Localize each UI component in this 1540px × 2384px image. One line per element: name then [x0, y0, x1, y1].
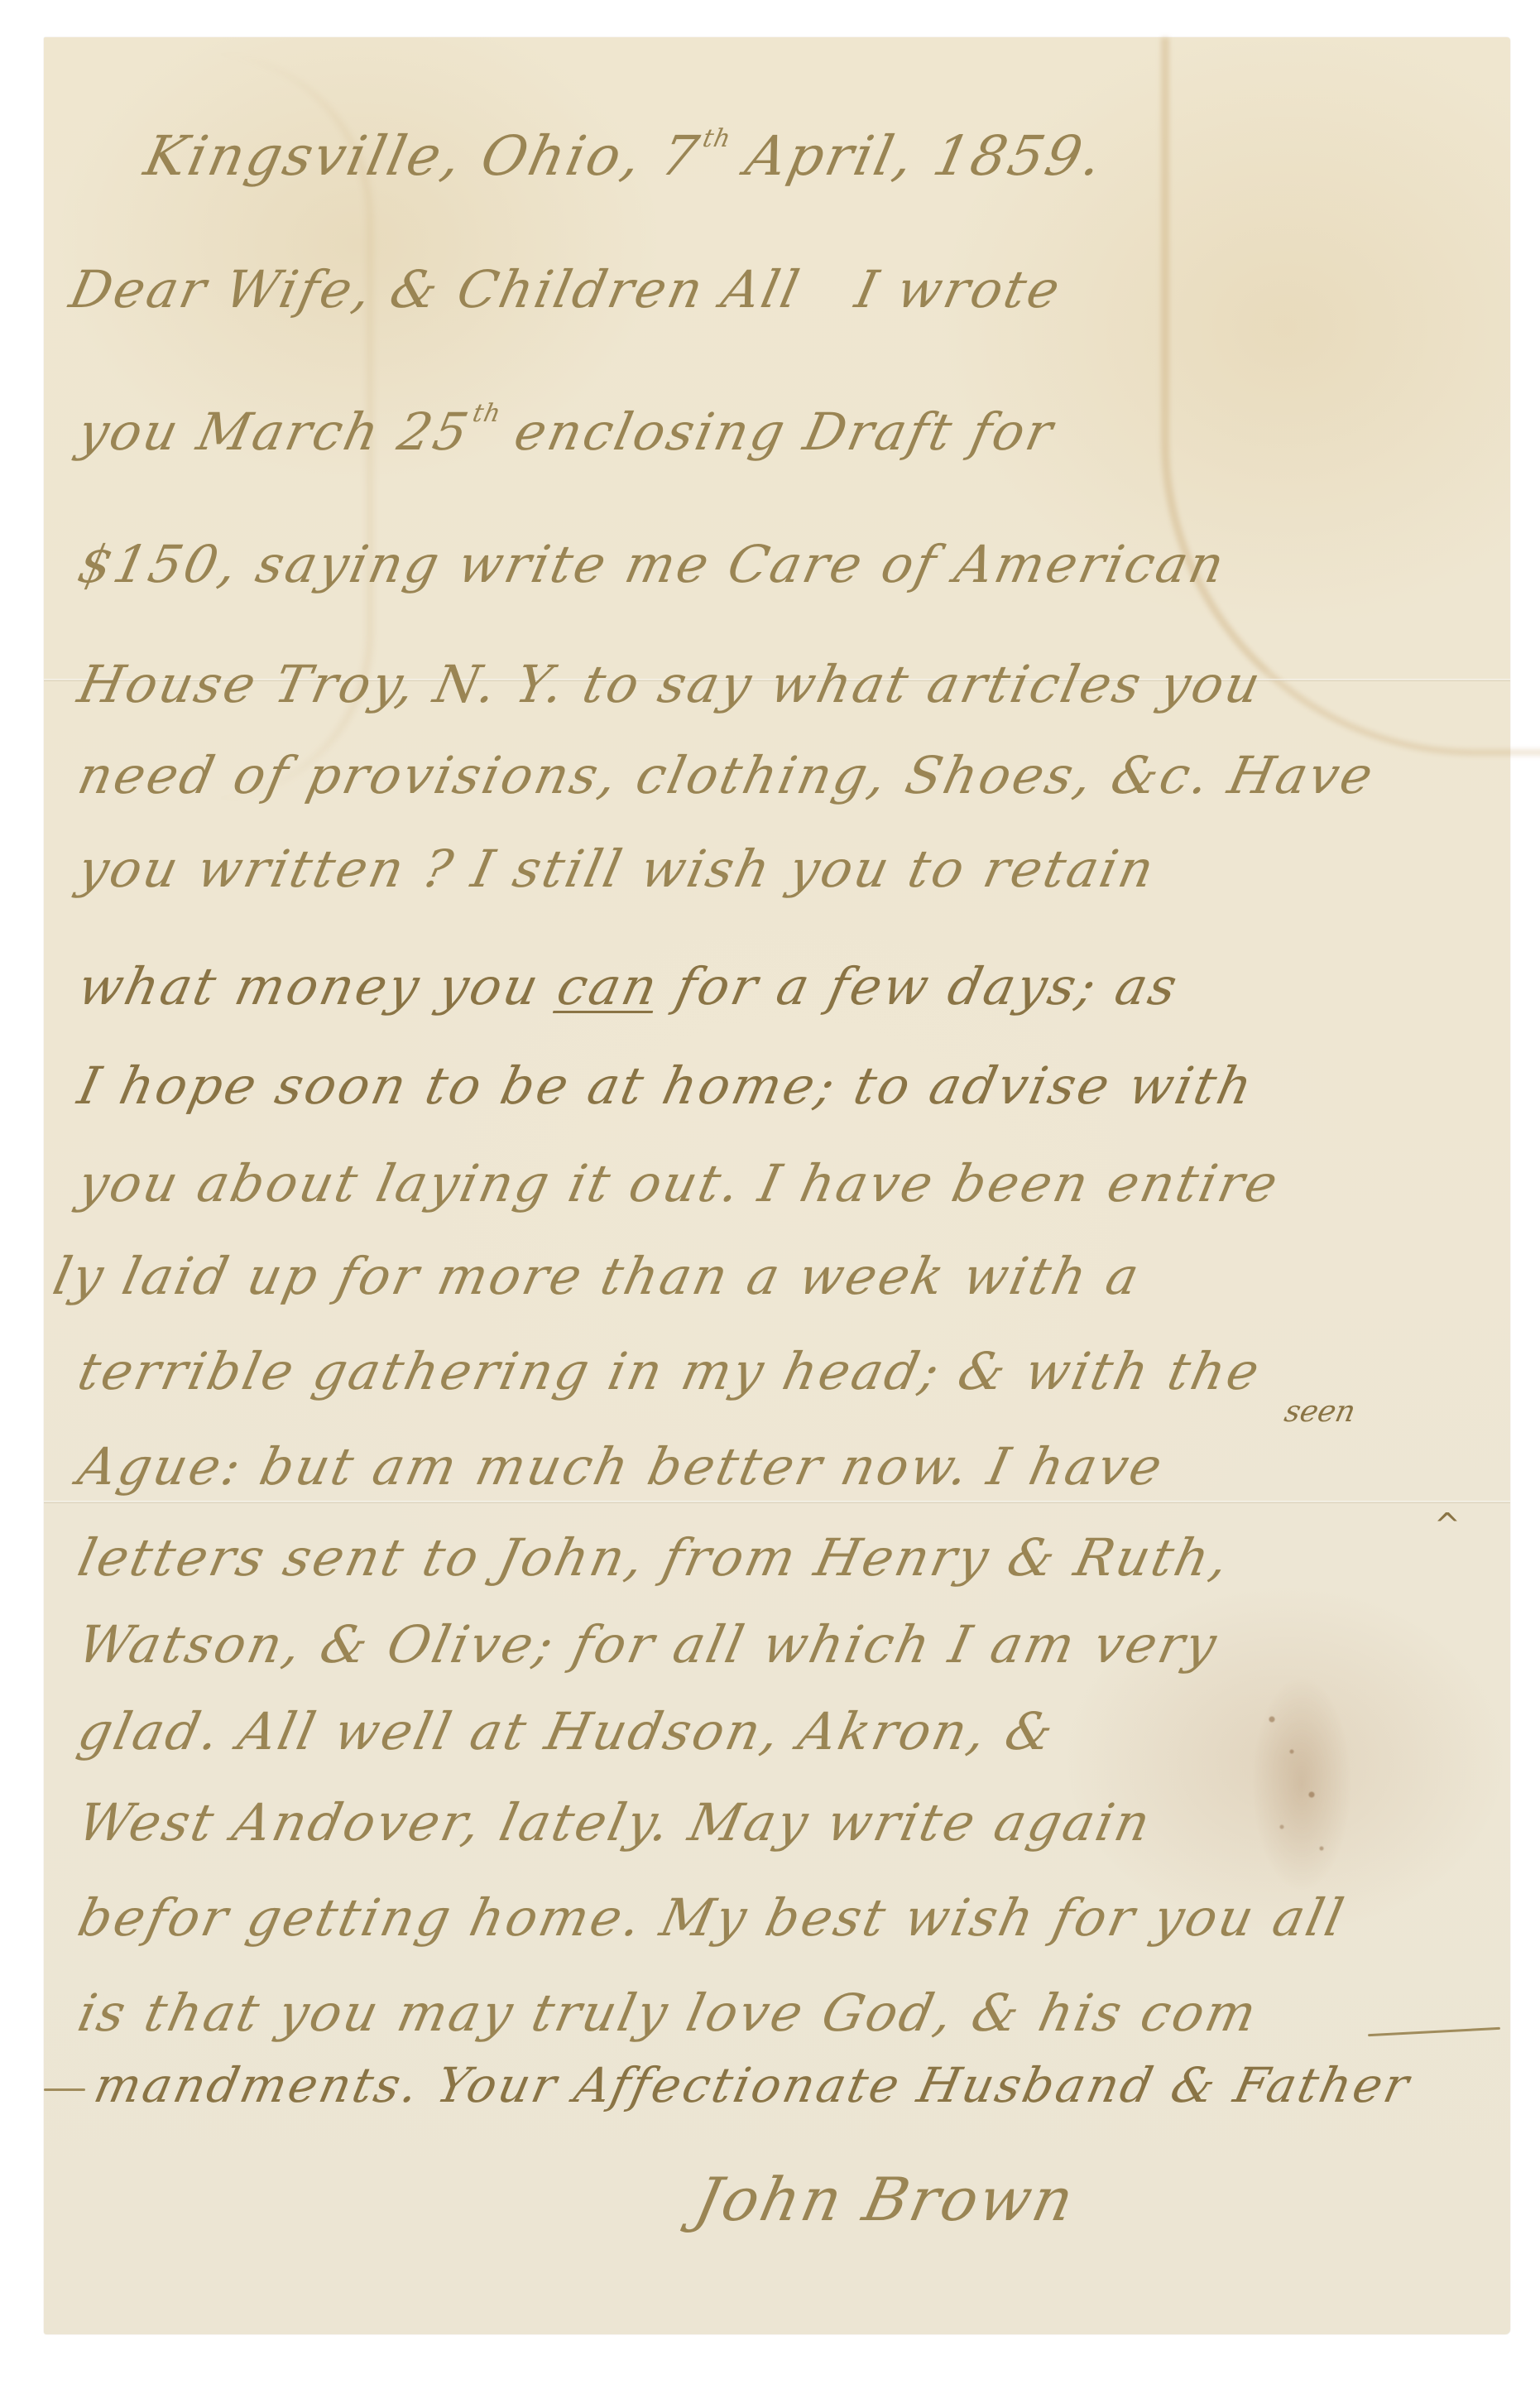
- hyphen-dash-right: [1368, 2027, 1500, 2036]
- underlined-word: can: [552, 956, 664, 1017]
- water-stain: [1161, 37, 1540, 756]
- hyphen-dash-left: [44, 2088, 85, 2091]
- body-line-text: enclosing Draft for: [491, 401, 1061, 462]
- body-line-8: you about laying it out. I have been ent…: [73, 1153, 1285, 1214]
- body-line-1: you March 25th enclosing Draft for: [73, 401, 1060, 462]
- body-line-10: terrible gathering in my head; & with th…: [73, 1341, 1267, 1401]
- body-line-text: you March 25: [73, 401, 476, 462]
- body-line-14: glad. All well at Hudson, Akron, &: [73, 1701, 1061, 1762]
- foxing-spots: [1252, 1676, 1351, 1891]
- body-line-11: Ague: but am much better now. I have: [73, 1436, 1169, 1497]
- letter-heading: Kingsville, Ohio, 7th April, 1859.: [139, 124, 1110, 188]
- date-suffix: th: [470, 399, 504, 428]
- salutation-continuation: I wrote: [850, 259, 1067, 320]
- closing-line: mandments. Your Affectionate Husband & F…: [89, 2057, 1416, 2113]
- heading-month-year: April, 1859.: [740, 124, 1110, 188]
- body-line-text: for a few days; as: [652, 956, 1185, 1017]
- insertion-caret: ^: [1434, 1507, 1461, 1543]
- body-line-5: you written ? I still wish you to retain: [73, 839, 1162, 899]
- letter-page: Kingsville, Ohio, 7th April, 1859. Dear …: [44, 37, 1510, 2334]
- body-line-15: West Andover, lately. May write again: [73, 1792, 1158, 1853]
- body-line-7: I hope soon to be at home; to advise wit…: [73, 1055, 1260, 1116]
- fold-crease-lower: [44, 1501, 1510, 1503]
- body-line-text: what money you: [73, 956, 565, 1017]
- salutation: Dear Wife, & Children All: [65, 259, 807, 320]
- body-line-12: letters sent to John, from Henry & Ruth,: [73, 1527, 1236, 1588]
- body-line-3: House Troy, N. Y. to say what articles y…: [73, 654, 1268, 714]
- body-line-6: what money you can for a few days; as: [73, 956, 1185, 1017]
- inserted-word: seen: [1282, 1395, 1359, 1429]
- body-line-9: ly laid up for more than a week with a: [48, 1246, 1146, 1306]
- heading-place-date: Kingsville, Ohio, 7: [139, 124, 706, 188]
- body-line-4: need of provisions, clothing, Shoes, &c.…: [73, 745, 1380, 805]
- heading-date-suffix: th: [700, 124, 734, 153]
- body-line-2: $150, saying write me Care of American: [73, 534, 1232, 594]
- body-line-17: is that you may truly love God, & his co…: [73, 1983, 1264, 2043]
- salutation-line: Dear Wife, & Children All I wrote: [65, 259, 1067, 320]
- signature: John Brown: [689, 2165, 1082, 2234]
- body-line-16: befor getting home. My best wish for you…: [73, 1887, 1351, 1948]
- body-line-13: Watson, & Olive; for all which I am very: [73, 1614, 1224, 1675]
